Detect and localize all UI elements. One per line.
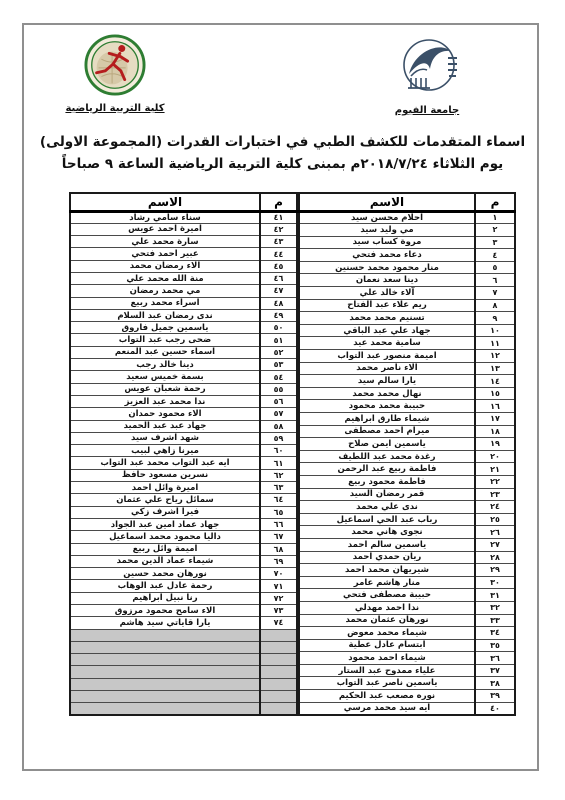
row-name-cell: قمر رمضان السيد <box>299 488 475 501</box>
row-name-cell: جهاد علي عبد الباقي <box>299 324 475 337</box>
table-row: ٥٤بسمة خميس سعيد <box>70 371 297 383</box>
table-row: ٢٥رباب عبد الحي اسماعيل <box>299 513 515 526</box>
faculty-logo: كلية التربية الرياضية <box>60 34 170 114</box>
row-name-cell: اميرة احمد عويس <box>70 223 260 235</box>
table-row: ١٥نهال محمد محمد <box>299 387 515 400</box>
row-number-cell <box>260 666 297 678</box>
row-number-cell: ٢٠ <box>475 450 515 463</box>
row-name-cell: دينا سعد نعمان <box>299 274 475 287</box>
row-name-cell: اميرة وائل احمد <box>70 482 260 494</box>
row-name-cell: الاء محمود حمدان <box>70 408 260 420</box>
row-number-cell: ٤٢ <box>260 223 297 235</box>
row-name-cell: يارا سالم سيد <box>299 375 475 388</box>
row-name-cell: حبيبة محمد محمود <box>299 400 475 413</box>
row-number-cell: ٧ <box>475 287 515 300</box>
table-header-row: م الاسم <box>299 193 515 211</box>
row-number-cell: ٤ <box>475 249 515 262</box>
row-name-cell: نهال محمد محمد <box>299 387 475 400</box>
table-row: ١١سامية محمد عيد <box>299 337 515 350</box>
table-row: ٥منار محمود محمد حسنين <box>299 261 515 274</box>
scanned-document-page: جامعة الفيوم كلية التربية الرياضية <box>0 0 565 800</box>
row-name-cell <box>70 678 260 690</box>
table-row: ٤٧مي محمد رمضان <box>70 285 297 297</box>
row-number-cell: ٣٤ <box>475 627 515 640</box>
row-name-cell: رحمة شعبان عويس <box>70 383 260 395</box>
row-number-cell: ١٠ <box>475 324 515 337</box>
row-number-cell: ٦١ <box>260 457 297 469</box>
row-name-cell: شيماء محمد معوض <box>299 627 475 640</box>
row-number-cell: ١٣ <box>475 362 515 375</box>
row-number-cell: ٤٨ <box>260 297 297 309</box>
row-name-cell: ندا محمد عبد العزيز <box>70 395 260 407</box>
row-name-cell <box>70 654 260 666</box>
row-number-cell: ٣٠ <box>475 576 515 589</box>
table-row: ٥٠ياسمين جميل فاروق <box>70 322 297 334</box>
table-row: ٧٢رنا نبيل ابراهيم <box>70 592 297 604</box>
row-name-cell <box>70 641 260 653</box>
row-number-cell: ٢٥ <box>475 513 515 526</box>
row-name-cell: الاء رمضان محمد <box>70 260 260 272</box>
row-number-cell: ٧٢ <box>260 592 297 604</box>
row-name-cell: رنا نبيل ابراهيم <box>70 592 260 604</box>
row-number-cell: ٢٩ <box>475 564 515 577</box>
row-name-cell: تسنيم محمد محمد <box>299 312 475 325</box>
table-row: ٤٢اميرة احمد عويس <box>70 223 297 235</box>
table-row: ٦٦جهاد عماد امين عبد الجواد <box>70 518 297 530</box>
table-row: ٥٣دينا خالد رجب <box>70 359 297 371</box>
row-name-cell: مي محمد رمضان <box>70 285 260 297</box>
row-name-cell: منة الله محمد علي <box>70 272 260 284</box>
row-name-cell: منار محمود محمد حسنين <box>299 261 475 274</box>
table-row: ٦دينا سعد نعمان <box>299 274 515 287</box>
row-name-cell <box>70 666 260 678</box>
row-name-cell: الاء ناصر محمد <box>299 362 475 375</box>
row-number-cell: ٣٧ <box>475 664 515 677</box>
table-row: ٣٥ابتسام عادل عطية <box>299 639 515 652</box>
table-row: ١٢اميمة منصور عبد التواب <box>299 350 515 363</box>
table-row: ٣٢ندا احمد مهدلي <box>299 601 515 614</box>
row-name-cell: ياسمين ناصر عبد التواب <box>299 677 475 690</box>
row-number-cell: ٥٨ <box>260 420 297 432</box>
row-number-cell: ٦٣ <box>260 482 297 494</box>
row-name-cell: رحمة عادل عبد الوهاب <box>70 580 260 592</box>
row-number-cell: ٩ <box>475 312 515 325</box>
table-row: ٤٩ندى رمضان عبد السلام <box>70 309 297 321</box>
empty-row <box>70 678 297 690</box>
row-number-cell: ٥٠ <box>260 322 297 334</box>
table-row: ٦١ايه عبد التواب محمد عبد التواب <box>70 457 297 469</box>
row-number-cell: ٦٧ <box>260 531 297 543</box>
row-number-cell: ١١ <box>475 337 515 350</box>
table-row: ٧٠نورهان محمد حسين <box>70 568 297 580</box>
row-number-cell: ٥٥ <box>260 383 297 395</box>
table-row: ٢مي وليد سيد <box>299 224 515 237</box>
row-number-cell <box>260 629 297 641</box>
row-number-cell: ٦٩ <box>260 555 297 567</box>
table-row: ٢٧ياسمين سالم احمد <box>299 538 515 551</box>
row-name-cell: اميمة منصور عبد التواب <box>299 350 475 363</box>
table-row: ٥٦ندا محمد عبد العزيز <box>70 395 297 407</box>
row-number-cell: ٣ <box>475 236 515 249</box>
name-column-header: الاسم <box>70 193 260 211</box>
table-row: ١٩ياسمين ايمن صلاح <box>299 438 515 451</box>
table-row: ٤٠ايه سيد محمد مرسي <box>299 702 515 715</box>
name-column-header: الاسم <box>299 193 475 211</box>
row-number-cell: ٤٤ <box>260 248 297 260</box>
table-row: ٣٦شيماء احمد محمود <box>299 652 515 665</box>
row-number-cell: ١ <box>475 211 515 224</box>
row-number-cell: ١٩ <box>475 438 515 451</box>
row-name-cell: احلام محسن سيد <box>299 211 475 224</box>
row-number-cell: ٣٩ <box>475 690 515 703</box>
table-row: ٥٥رحمة شعبان عويس <box>70 383 297 395</box>
table-row: ٧٤يارا قاياتي سيد هاشم <box>70 617 297 629</box>
row-number-cell <box>260 691 297 703</box>
row-name-cell: مي وليد سيد <box>299 224 475 237</box>
row-number-cell: ٤٦ <box>260 272 297 284</box>
table-row: ٣٠منار هاشم عامر <box>299 576 515 589</box>
table-row: ١٧شيماء طارق ابراهيم <box>299 413 515 426</box>
table-row: ٩تسنيم محمد محمد <box>299 312 515 325</box>
row-name-cell: فيرا اشرف زكي <box>70 506 260 518</box>
table-row: ٣٣نورهان عثمان محمد <box>299 614 515 627</box>
row-number-cell: ٥٩ <box>260 432 297 444</box>
row-number-cell: ٧٤ <box>260 617 297 629</box>
row-name-cell: ميرام احمد مصطفى <box>299 425 475 438</box>
row-name-cell: مروة كساب سيد <box>299 236 475 249</box>
row-number-cell <box>260 678 297 690</box>
row-name-cell: منار هاشم عامر <box>299 576 475 589</box>
row-number-cell: ٢٦ <box>475 526 515 539</box>
table-row: ٦٤سمائل رياح علي عثمان <box>70 494 297 506</box>
row-name-cell: حبيبة مصطفى فتحي <box>299 589 475 602</box>
row-name-cell: شيريهان محمد احمد <box>299 564 475 577</box>
row-number-cell: ٢٣ <box>475 488 515 501</box>
row-name-cell: نورهان عثمان محمد <box>299 614 475 627</box>
number-column-header: م <box>475 193 515 211</box>
table-row: ٦٠ميرنا زاهي لبيب <box>70 445 297 457</box>
row-name-cell: نسرين مسعود حافظ <box>70 469 260 481</box>
empty-row <box>70 691 297 703</box>
row-number-cell: ١٧ <box>475 413 515 426</box>
row-name-cell: فاطمة ربيع عبد الرحمن <box>299 463 475 476</box>
row-number-cell: ٤٧ <box>260 285 297 297</box>
row-name-cell: اميمة وائل ربيع <box>70 543 260 555</box>
row-number-cell: ٢ <box>475 224 515 237</box>
row-name-cell: ميرنا زاهي لبيب <box>70 445 260 457</box>
row-name-cell: دينا خالد رجب <box>70 359 260 371</box>
row-number-cell: ١٦ <box>475 400 515 413</box>
row-number-cell: ٢١ <box>475 463 515 476</box>
table-row: ٣١حبيبة مصطفى فتحي <box>299 589 515 602</box>
row-name-cell: ياسمين جميل فاروق <box>70 322 260 334</box>
row-number-cell: ٤٣ <box>260 236 297 248</box>
row-number-cell: ٧٣ <box>260 605 297 617</box>
row-name-cell: جهاد عماد امين عبد الجواد <box>70 518 260 530</box>
table-row: ٢٠رغدة محمد عبد اللطيف <box>299 450 515 463</box>
row-name-cell: ريان حمدي احمد <box>299 551 475 564</box>
number-column-header: م <box>260 193 297 211</box>
row-number-cell: ٦٦ <box>260 518 297 530</box>
row-number-cell: ٤٩ <box>260 309 297 321</box>
table-row: ١٠جهاد علي عبد الباقي <box>299 324 515 337</box>
row-name-cell: الاء سامح محمود مرزوق <box>70 605 260 617</box>
row-name-cell: شيماء عماد الدين محمد <box>70 555 260 567</box>
row-number-cell: ٧١ <box>260 580 297 592</box>
table-row: ٢٦نجوى هاني محمد <box>299 526 515 539</box>
table-row: ٣٤شيماء محمد معوض <box>299 627 515 640</box>
row-name-cell: سامية محمد عيد <box>299 337 475 350</box>
table-row: ١٣الاء ناصر محمد <box>299 362 515 375</box>
row-number-cell: ١٤ <box>475 375 515 388</box>
row-number-cell: ٥١ <box>260 334 297 346</box>
table-row: ٤٣سارة محمد علي <box>70 236 297 248</box>
row-name-cell <box>70 703 260 715</box>
row-name-cell: رباب عبد الحي اسماعيل <box>299 513 475 526</box>
faculty-emblem-icon <box>84 81 146 100</box>
table-row: ٣٨ياسمين ناصر عبد التواب <box>299 677 515 690</box>
row-number-cell: ٢٧ <box>475 538 515 551</box>
row-number-cell: ٢٨ <box>475 551 515 564</box>
row-number-cell: ٥٣ <box>260 359 297 371</box>
row-number-cell: ٣٢ <box>475 601 515 614</box>
table-row: ٢٣قمر رمضان السيد <box>299 488 515 501</box>
row-number-cell: ٥٧ <box>260 408 297 420</box>
table-row: ٥٩شهد اشرف سيد <box>70 432 297 444</box>
row-name-cell: سارة محمد علي <box>70 236 260 248</box>
table-row: ٥٧الاء محمود حمدان <box>70 408 297 420</box>
row-name-cell: ندا احمد مهدلي <box>299 601 475 614</box>
table-row: ٤٤عبير احمد فتحي <box>70 248 297 260</box>
row-number-cell <box>260 654 297 666</box>
empty-row <box>70 641 297 653</box>
row-number-cell: ٥٦ <box>260 395 297 407</box>
table-row: ٤٦منة الله محمد علي <box>70 272 297 284</box>
row-number-cell: ٨ <box>475 299 515 312</box>
roster-tables: م الاسم ١احلام محسن سيد٢مي وليد سيد٣مروة… <box>73 192 516 715</box>
row-name-cell: شهد اشرف سيد <box>70 432 260 444</box>
row-number-cell: ٤١ <box>260 211 297 223</box>
row-name-cell: ايه سيد محمد مرسي <box>299 702 475 715</box>
empty-row <box>70 666 297 678</box>
row-number-cell: ٦٨ <box>260 543 297 555</box>
row-number-cell: ٥٢ <box>260 346 297 358</box>
row-name-cell: بسمة خميس سعيد <box>70 371 260 383</box>
row-number-cell: ١٢ <box>475 350 515 363</box>
row-name-cell: اسماء حسين عبد المنعم <box>70 346 260 358</box>
row-number-cell: ١٥ <box>475 387 515 400</box>
row-name-cell: ايه عبد التواب محمد عبد التواب <box>70 457 260 469</box>
row-name-cell: نورهان محمد حسين <box>70 568 260 580</box>
row-name-cell: ضحى رجب عبد التواب <box>70 334 260 346</box>
table-row: ٥١ضحى رجب عبد التواب <box>70 334 297 346</box>
row-number-cell: ٧٠ <box>260 568 297 580</box>
row-name-cell: فاطمة محمود ربيع <box>299 475 475 488</box>
row-number-cell: ٦٢ <box>260 469 297 481</box>
document-title: اسماء المتقدمات للكشف الطبي في اختبارات … <box>30 131 535 175</box>
row-name-cell: جهاد عبد عبد الحميد <box>70 420 260 432</box>
table-row: ٢٤ندى علي محمد <box>299 501 515 514</box>
roster-table-right: م الاسم ١احلام محسن سيد٢مي وليد سيد٣مروة… <box>298 192 516 716</box>
row-name-cell: عبير احمد فتحي <box>70 248 260 260</box>
row-name-cell: ابتسام عادل عطية <box>299 639 475 652</box>
row-name-cell: ياسمين ايمن صلاح <box>299 438 475 451</box>
faculty-logo-caption: كلية التربية الرياضية <box>60 103 170 114</box>
row-name-cell: اسراء محمد ربيع <box>70 297 260 309</box>
table-row: ٦٣اميرة وائل احمد <box>70 482 297 494</box>
row-number-cell: ٦٥ <box>260 506 297 518</box>
row-name-cell: ياسمين سالم احمد <box>299 538 475 551</box>
row-name-cell: سناء سامي رشاد <box>70 211 260 223</box>
table-row: ٨ريم علاء عبد الفتاح <box>299 299 515 312</box>
row-number-cell: ٣٦ <box>475 652 515 665</box>
table-row: ٦٧داليا محمود محمد اسماعيل <box>70 531 297 543</box>
table-row: ١٤يارا سالم سيد <box>299 375 515 388</box>
row-name-cell: ندى علي محمد <box>299 501 475 514</box>
row-number-cell: ٣١ <box>475 589 515 602</box>
university-logo: جامعة الفيوم <box>385 36 469 116</box>
table-row: ٧١رحمة عادل عبد الوهاب <box>70 580 297 592</box>
row-name-cell: شيماء احمد محمود <box>299 652 475 665</box>
university-logo-caption: جامعة الفيوم <box>385 105 469 116</box>
table-row: ٥٨جهاد عبد عبد الحميد <box>70 420 297 432</box>
table-row: ٦٢نسرين مسعود حافظ <box>70 469 297 481</box>
row-name-cell: ندى رمضان عبد السلام <box>70 309 260 321</box>
table-row: ٤٥الاء رمضان محمد <box>70 260 297 272</box>
table-row: ٢٨ريان حمدي احمد <box>299 551 515 564</box>
table-row: ٤دعاء محمد فتحي <box>299 249 515 262</box>
row-number-cell: ٤٥ <box>260 260 297 272</box>
table-row: ٦٨اميمة وائل ربيع <box>70 543 297 555</box>
table-row: ٣٧علياء ممدوح عبد الستار <box>299 664 515 677</box>
row-name-cell: نوره مصعب عبد الحكيم <box>299 690 475 703</box>
row-number-cell: ١٨ <box>475 425 515 438</box>
row-number-cell: ٣٣ <box>475 614 515 627</box>
table-header-row: م الاسم <box>70 193 297 211</box>
row-number-cell: ٢٢ <box>475 475 515 488</box>
empty-row <box>70 654 297 666</box>
table-row: ١٨ميرام احمد مصطفى <box>299 425 515 438</box>
table-row: ٣٩نوره مصعب عبد الحكيم <box>299 690 515 703</box>
row-name-cell: داليا محمود محمد اسماعيل <box>70 531 260 543</box>
empty-row <box>70 703 297 715</box>
table-row: ١٦حبيبة محمد محمود <box>299 400 515 413</box>
row-name-cell: نجوى هاني محمد <box>299 526 475 539</box>
row-name-cell: يارا قاياتي سيد هاشم <box>70 617 260 629</box>
table-row: ٧آلاء خالد علي <box>299 287 515 300</box>
row-number-cell <box>260 703 297 715</box>
document-title-line2: يوم الثلاثاء ٢٠١٨/٧/٢٤م بمبنى كلية الترب… <box>30 153 535 175</box>
roster-table-left: م الاسم ٤١سناء سامي رشاد٤٢اميرة احمد عوي… <box>69 192 298 716</box>
table-row: ٧٣الاء سامح محمود مرزوق <box>70 605 297 617</box>
row-name-cell: دعاء محمد فتحي <box>299 249 475 262</box>
table-row: ٦٩شيماء عماد الدين محمد <box>70 555 297 567</box>
table-row: ٢٢فاطمة محمود ربيع <box>299 475 515 488</box>
row-number-cell: ٣٨ <box>475 677 515 690</box>
table-row: ٣مروة كساب سيد <box>299 236 515 249</box>
table-row: ٢٩شيريهان محمد احمد <box>299 564 515 577</box>
row-number-cell: ٥ <box>475 261 515 274</box>
row-name-cell <box>70 691 260 703</box>
table-row: ٤١سناء سامي رشاد <box>70 211 297 223</box>
row-name-cell: رغدة محمد عبد اللطيف <box>299 450 475 463</box>
row-name-cell: شيماء طارق ابراهيم <box>299 413 475 426</box>
table-row: ٦٥فيرا اشرف زكي <box>70 506 297 518</box>
row-number-cell: ٣٥ <box>475 639 515 652</box>
row-name-cell: ريم علاء عبد الفتاح <box>299 299 475 312</box>
row-number-cell: ٥٤ <box>260 371 297 383</box>
row-name-cell: آلاء خالد علي <box>299 287 475 300</box>
empty-row <box>70 629 297 641</box>
table-row: ٤٨اسراء محمد ربيع <box>70 297 297 309</box>
table-row: ٥٢اسماء حسين عبد المنعم <box>70 346 297 358</box>
university-emblem-icon <box>391 83 463 102</box>
row-number-cell: ٦ <box>475 274 515 287</box>
row-name-cell: علياء ممدوح عبد الستار <box>299 664 475 677</box>
row-name-cell: سمائل رياح علي عثمان <box>70 494 260 506</box>
document-title-line1: اسماء المتقدمات للكشف الطبي في اختبارات … <box>30 131 535 153</box>
row-number-cell: ٢٤ <box>475 501 515 514</box>
table-row: ٢١فاطمة ربيع عبد الرحمن <box>299 463 515 476</box>
row-number-cell <box>260 641 297 653</box>
row-number-cell: ٦٠ <box>260 445 297 457</box>
table-row: ١احلام محسن سيد <box>299 211 515 224</box>
row-number-cell: ٦٤ <box>260 494 297 506</box>
row-name-cell <box>70 629 260 641</box>
row-number-cell: ٤٠ <box>475 702 515 715</box>
